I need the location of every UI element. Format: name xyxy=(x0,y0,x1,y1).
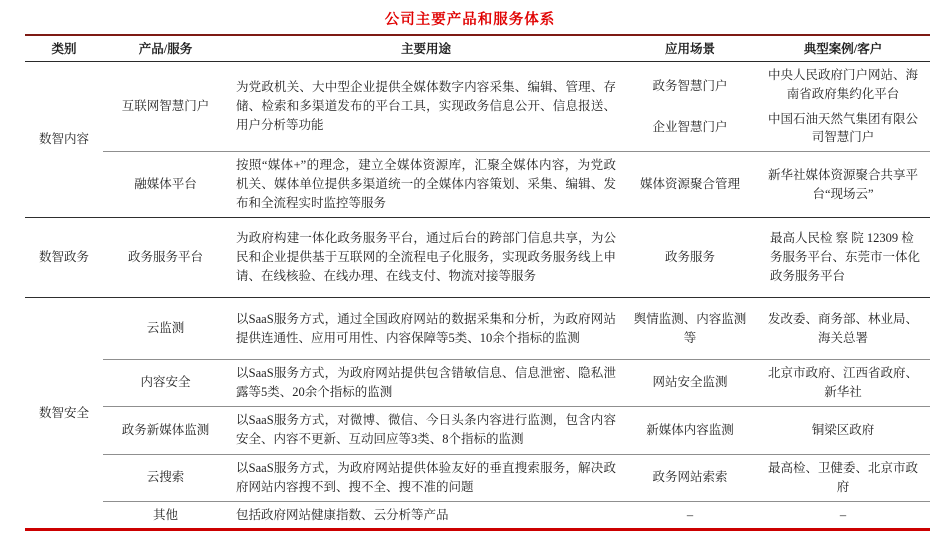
table-row: 数智内容 互联网智慧门户 为党政机关、大中型企业提供全媒体数字内容采集、编辑、管… xyxy=(25,62,930,152)
cell-case: 发改委、商务部、林业局、海关总署 xyxy=(756,298,930,360)
cell-scenario: 政务智慧门户 企业智慧门户 xyxy=(624,62,756,152)
table-row: 云搜索 以SaaS服务方式，为政府网站提供体验友好的垂直搜索服务，解决政府网站内… xyxy=(25,454,930,501)
cell-case: 最高人民检 察 院 12309 检务服务平台、东莞市一体化政务服务平台 xyxy=(756,218,930,298)
cell-category: 数智内容 xyxy=(25,62,103,218)
cell-category: 数智政务 xyxy=(25,218,103,298)
cell-usage: 以SaaS服务方式，对微博、微信、今日头条内容进行监测，包含内容安全、内容不更新… xyxy=(228,406,624,454)
case-item: 中国石油天然气集团有限公司智慧门户 xyxy=(762,110,924,148)
cell-scenario: 舆情监测、内容监测等 xyxy=(624,298,756,360)
cell-product: 融媒体平台 xyxy=(103,152,228,218)
cell-usage: 为政府构建一体化政务服务平台，通过后台的跨部门信息共享，为公民和企业提供基于互联… xyxy=(228,218,624,298)
cell-usage: 按照“媒体+”的理念，建立全媒体资源库，汇聚全媒体内容，为党政机关、媒体单位提供… xyxy=(228,152,624,218)
cell-product: 政务服务平台 xyxy=(103,218,228,298)
cell-usage: 包括政府网站健康指数、云分析等产品 xyxy=(228,501,624,530)
column-header-usage: 主要用途 xyxy=(228,35,624,62)
cell-product: 政务新媒体监测 xyxy=(103,406,228,454)
table-row: 政务新媒体监测 以SaaS服务方式，对微博、微信、今日头条内容进行监测，包含内容… xyxy=(25,406,930,454)
cell-scenario: 政务服务 xyxy=(624,218,756,298)
cell-case: 铜梁区政府 xyxy=(756,406,930,454)
cell-case: 新华社媒体资源聚合共享平台“现场云” xyxy=(756,152,930,218)
cell-usage: 以SaaS服务方式，为政府网站提供体验友好的垂直搜索服务，解决政府网站内容搜不到… xyxy=(228,454,624,501)
cell-case: – xyxy=(756,501,930,530)
cell-case: 北京市政府、江西省政府、新华社 xyxy=(756,360,930,407)
table-row: 数智政务 政务服务平台 为政府构建一体化政务服务平台，通过后台的跨部门信息共享，… xyxy=(25,218,930,298)
column-header-category: 类别 xyxy=(25,35,103,62)
case-item: 中央人民政府门户网站、海南省政府集约化平台 xyxy=(762,66,924,104)
cell-category: 数智安全 xyxy=(25,298,103,530)
scenario-item: 企业智慧门户 xyxy=(628,118,752,137)
cell-product: 云监测 xyxy=(103,298,228,360)
table-row: 内容安全 以SaaS服务方式，为政府网站提供包含错敏信息、信息泄密、隐私泄露等5… xyxy=(25,360,930,407)
scenario-item: 政务智慧门户 xyxy=(628,77,752,96)
column-header-product: 产品/服务 xyxy=(103,35,228,62)
header-row: 类别 产品/服务 主要用途 应用场景 典型案例/客户 xyxy=(25,35,930,62)
table-row: 其他 包括政府网站健康指数、云分析等产品 – – xyxy=(25,501,930,530)
cell-case: 中央人民政府门户网站、海南省政府集约化平台 中国石油天然气集团有限公司智慧门户 xyxy=(756,62,930,152)
cell-product: 互联网智慧门户 xyxy=(103,62,228,152)
cell-usage: 以SaaS服务方式，为政府网站提供包含错敏信息、信息泄密、隐私泄露等5类、20余… xyxy=(228,360,624,407)
cell-usage: 以SaaS服务方式，通过全国政府网站的数据采集和分析，为政府网站提供连通性、应用… xyxy=(228,298,624,360)
cell-product: 内容安全 xyxy=(103,360,228,407)
cell-scenario: 新媒体内容监测 xyxy=(624,406,756,454)
cell-scenario: 媒体资源聚合管理 xyxy=(624,152,756,218)
cell-usage: 为党政机关、大中型企业提供全媒体数字内容采集、编辑、管理、存储、检索和多渠道发布… xyxy=(228,62,624,152)
cell-scenario: 政务网站索索 xyxy=(624,454,756,501)
cell-product: 其他 xyxy=(103,501,228,530)
column-header-cases: 典型案例/客户 xyxy=(756,35,930,62)
page-title: 公司主要产品和服务体系 xyxy=(0,0,940,29)
table-row: 数智安全 云监测 以SaaS服务方式，通过全国政府网站的数据采集和分析，为政府网… xyxy=(25,298,930,360)
cell-case: 最高检、卫健委、北京市政府 xyxy=(756,454,930,501)
cell-scenario: 网站安全监测 xyxy=(624,360,756,407)
products-table: 类别 产品/服务 主要用途 应用场景 典型案例/客户 数智内容 互联网智慧门户 … xyxy=(25,34,930,531)
cell-scenario: – xyxy=(624,501,756,530)
cell-product: 云搜索 xyxy=(103,454,228,501)
table-row: 融媒体平台 按照“媒体+”的理念，建立全媒体资源库，汇聚全媒体内容，为党政机关、… xyxy=(25,152,930,218)
column-header-scenario: 应用场景 xyxy=(624,35,756,62)
